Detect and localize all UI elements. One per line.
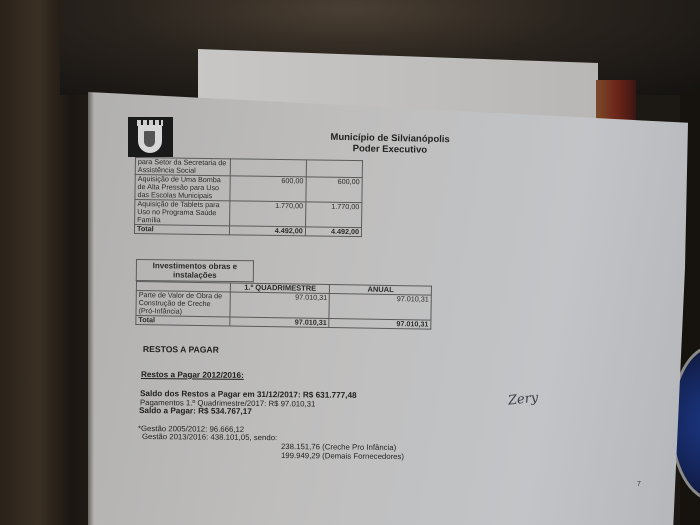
- row-description: Parte de Valor de Obra de Construção de …: [136, 291, 231, 317]
- detalhe-fornecedores-line: 199.949,29 (Demais Fornecedores): [281, 451, 404, 461]
- investments-title: Investimentos obras e instalações: [136, 260, 253, 282]
- document-content: Município de Silvianópolis Poder Executi…: [0, 0, 700, 525]
- total-annual-value: 4.492,00: [305, 227, 361, 237]
- row-description: para Setor da Secretaria de Assistência …: [135, 158, 230, 176]
- table-row: Aquisição de Tablets para Uso no Program…: [135, 200, 362, 228]
- row-description: Aquisição de Uma Bomba de Alta Pressão p…: [135, 175, 231, 201]
- handwritten-signature: Zery: [507, 390, 539, 408]
- row-q1-value: 97.010,31: [230, 292, 330, 319]
- row-description: Aquisição de Tablets para Uso no Program…: [135, 200, 231, 226]
- row-q1-value: 1.770,00: [230, 201, 306, 227]
- restos-section-title: RESTOS A PAGAR: [143, 344, 219, 355]
- page-number: 7: [637, 481, 641, 488]
- row-q1-value: 600,00: [230, 176, 306, 202]
- total-label: Total: [134, 225, 229, 235]
- document-header: Município de Silvianópolis Poder Executi…: [320, 132, 460, 157]
- crest-inner: [144, 131, 155, 147]
- total-annual-value: 97.010,31: [329, 319, 431, 330]
- table-total-row: Total 4.492,00 4.492,00: [134, 225, 361, 237]
- row-annual-value: 97.010,31: [329, 294, 431, 321]
- investments-table: 1.º QUADRIMESTRE ANUAL Parte de Valor de…: [135, 281, 432, 330]
- row-annual-value: 600,00: [306, 177, 363, 203]
- row-q1-value: [230, 159, 306, 177]
- row-annual-value: [306, 160, 362, 178]
- total-q1-value: 97.010,31: [230, 317, 329, 328]
- row-annual-value: 1.770,00: [305, 202, 362, 228]
- total-label: Total: [136, 316, 230, 326]
- equipment-table: para Setor da Secretaria de Assistência …: [134, 157, 363, 237]
- total-q1-value: 4.492,00: [230, 226, 306, 236]
- municipal-coat-of-arms-icon: [128, 117, 173, 157]
- investments-title-box: Investimentos obras e instalações: [136, 259, 254, 282]
- table-row: Parte de Valor de Obra de Construção de …: [136, 291, 431, 321]
- gestao-2013-line: Gestão 2013/2016: 438.101,05, sendo:: [142, 432, 277, 442]
- saldo-pagar-line: Saldo a Pagar: R$ 534.767,17: [139, 406, 252, 416]
- restos-subtitle: Restos a Pagar 2012/2016:: [141, 370, 244, 380]
- table-row: Aquisição de Uma Bomba de Alta Pressão p…: [135, 175, 362, 203]
